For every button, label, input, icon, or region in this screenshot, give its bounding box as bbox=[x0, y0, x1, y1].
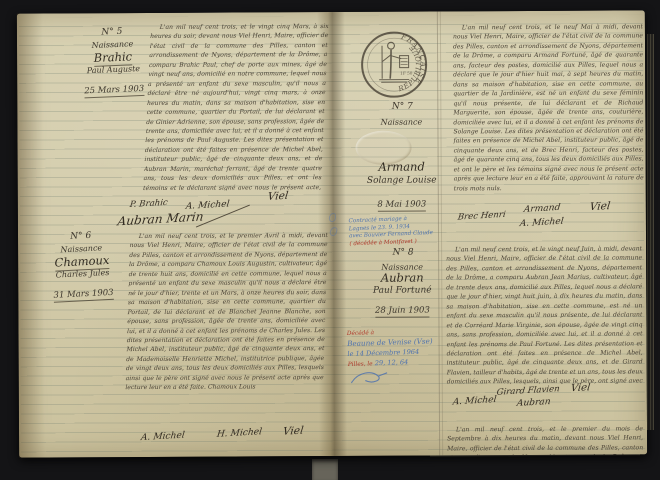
signature-father: Aubran bbox=[516, 397, 551, 409]
marriage-annotation: Contracté mariage à Lagnes le 23. 9. 193… bbox=[348, 215, 433, 249]
act-date: 8 Mai 1903 bbox=[354, 199, 450, 210]
act-given-names: Solange Louise bbox=[350, 175, 454, 186]
act-number: N° 8 bbox=[358, 247, 448, 257]
republique-francaise-stamp: RÉPUBLIQUE FRANÇAISE 1F 50 bbox=[357, 27, 431, 101]
signature-mayor: Viel bbox=[267, 190, 289, 203]
act9-text-start: L'an mil neuf cent trois, et le premier … bbox=[447, 424, 643, 455]
register-double-page: N° 5 Naissance Brahic Paul Auguste 25 Ma… bbox=[17, 10, 647, 457]
act-number: N° 7 bbox=[357, 101, 447, 111]
act7-text: L'an mil neuf cent trois, et le neuf Mai… bbox=[453, 22, 644, 203]
act5-text: L'an mil neuf cent trois, et le vingt ci… bbox=[143, 22, 329, 191]
signature-mayor: Viel bbox=[282, 425, 304, 438]
signature-mayor: Viel bbox=[570, 382, 591, 394]
death-note-line: Pilles, le 29, 12, 64 bbox=[348, 356, 434, 370]
act6-text: L'an mil neuf cent trois, et le premier … bbox=[124, 231, 328, 422]
act-date: 28 Juin 1903 bbox=[354, 305, 450, 316]
margin-entry-act6: N° 6 Naissance Chamoux Charles Jules 31 … bbox=[29, 229, 136, 302]
act8-text: L'an mil neuf cent trois, et le vingt ne… bbox=[446, 244, 643, 387]
act-given-names: Paul Fortuné bbox=[350, 285, 454, 296]
scanned-register-photo: N° 5 Naissance Brahic Paul Auguste 25 Ma… bbox=[0, 0, 660, 480]
act-surname: Aubran bbox=[352, 270, 452, 285]
act-surname: Armand bbox=[352, 159, 452, 174]
signature-mayor: Viel bbox=[589, 200, 611, 213]
book-binding-under bbox=[312, 459, 338, 480]
mayor-paraph bbox=[348, 369, 390, 386]
death-annotation: Décédé à Beaune de Venise (Vse) le 14 Dé… bbox=[347, 326, 434, 390]
gutter-bleed-mark bbox=[329, 213, 336, 222]
act-type-label: Naissance bbox=[353, 117, 449, 127]
book-fore-edge bbox=[647, 34, 654, 430]
stamp-value: 1F 50 bbox=[400, 71, 413, 76]
